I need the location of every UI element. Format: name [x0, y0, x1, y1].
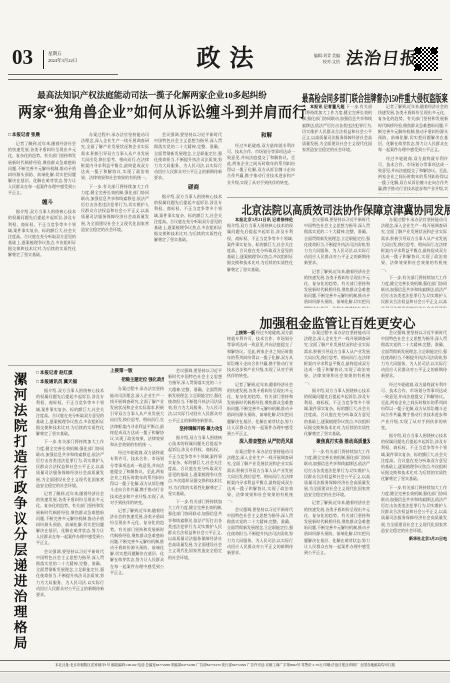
body-text: 下一步,有关部门将持续加大工作力度,健全完善长效机制,强化部门协同联动,加强信息…	[304, 449, 370, 499]
body-text: 记者了解到,近年来,随着经济社会的快速发展,各类矛盾纠纷呈现出多元化、复杂化的趋…	[304, 269, 370, 309]
procuratorate-column-1: 本报讯 记者董凡超 下一步,有关部门将持续加大工作力度,健全完善长效机制,强化部…	[302, 104, 372, 194]
rent-subhead-1: 深入排查整治 从严防范风险	[230, 439, 289, 447]
body-text: 据介绍,双方当事人围绕核心技术的权属问题先后提起多起诉讼,涉及专利权、商标权、不…	[36, 388, 104, 438]
body-text: 经过多轮磋商,双方最终就专利许可、技术合作、市场划分等事项达成一致意见,并向法庭…	[378, 156, 448, 195]
rent-continued-label: 上接第一版	[235, 330, 255, 335]
lead-article-column-3: 会议强调,要坚持以习近平新时代中国特色社会主义思想为指导,深入贯彻落实党的二十大…	[154, 132, 222, 362]
body-text: 会议强调,要坚持以习近平新时代中国特色社会主义思想为指导,深入贯彻落实党的二十大…	[381, 330, 447, 380]
header-rule	[8, 79, 442, 80]
bottom-mid-column-2: 会议强调,要坚持以习近平新时代中国特色社会主义思想为指导,深入贯彻落实党的二十大…	[168, 368, 222, 656]
section-title: 政法	[160, 46, 290, 72]
header-left-rule	[8, 74, 118, 75]
body-text: 会议强调,要坚持以习近平新时代中国特色社会主义思想为指导,深入贯彻落实党的二十大…	[227, 507, 293, 557]
body-text: 下一步,有关部门将持续加大工作力度,健全完善长效机制,强化部门协同联动,加强信息…	[381, 275, 447, 308]
body-text: 办案过程中,承办法官坚持能动司法理念,深入企业生产一线开展调查研究,全面了解产业…	[110, 386, 164, 448]
body-text: 记者了解到,近年来,随着经济社会的快速发展,各类矛盾纠纷呈现出多元化、复杂化的趋…	[36, 491, 104, 547]
lead-byline: □ 本报记者 张晨	[8, 132, 76, 139]
page-number: 03	[12, 47, 33, 68]
body-text: 据介绍,双方当事人围绕核心技术的权属问题先后提起多起诉讼,涉及专利权、商标权、不…	[8, 209, 76, 259]
body-text: 记者了解到,近年来,随着经济社会的快速发展,各类矛盾纠纷呈现出多元化、复杂化的趋…	[8, 141, 76, 197]
body-text: 经过多轮磋商,双方最终就专利许可、技术合作、市场划分等事项达成一致意见,并向法庭…	[110, 450, 164, 506]
rent-column-1: 上接第一版 经过多轮磋商,双方最终就专利许可、技术合作、市场划分等事项达成一致意…	[227, 330, 293, 656]
body-text: 记者了解到,近年来,随着经济社会的快速发展,各类矛盾纠纷呈现出多元化、复杂化的趋…	[304, 500, 370, 556]
qr-code-icon	[414, 47, 438, 71]
lead-article-column-1: □ 本报记者 张晨 记者了解到,近年来,随着经济社会的快速发展,各类矛盾纠纷呈现…	[8, 132, 76, 362]
lead-headline: 两家“独角兽企业”如何从诉讼缠斗到并肩而行	[18, 101, 286, 122]
body-text: 经过多轮磋商,双方最终就专利许可、技术合作、市场划分等事项达成一致意见,并向法庭…	[381, 382, 447, 432]
body-text: 据介绍,双方当事人围绕核心技术的权属问题先后提起多起诉讼,涉及专利权、商标权、不…	[304, 388, 370, 438]
editor-line-2: 校对:文怡	[288, 59, 340, 65]
footer-info: 本社社址:北京市朝阳区花家地甲1号 邮政编码:100102 电话:总编室8477…	[0, 663, 450, 668]
beijing-column-3: 办案过程中,承办法官坚持能动司法理念,深入企业生产一线开展调查研究,全面了解产业…	[381, 217, 447, 308]
body-text: 本报北京3月21日讯 记者徐伟伦 据介绍,双方当事人围绕核心技术的权属问题先后提…	[227, 217, 293, 273]
body-text: 据介绍,双方当事人围绕核心技术的权属问题先后提起多起诉讼,涉及专利权、商标权、不…	[168, 435, 222, 497]
lead-article-column-2: 办案过程中,承办法官坚持能动司法理念,深入企业生产一线开展调查研究,全面了解产业…	[81, 132, 149, 362]
lead-article-column-4: 和解 经过多轮磋商,双方最终就专利许可、技术合作、市场划分等事项达成一致意见,并…	[227, 132, 295, 196]
body-text: 下一步,有关部门将持续加大工作力度,健全完善长效机制,强化部门协同联动,加强信息…	[381, 485, 447, 535]
date-label: 2024年3月22日	[48, 58, 77, 65]
luohe-headline: 漯河法院打造行政争议分层递进治理格局	[8, 372, 30, 654]
lead-subhead-2: 磋商	[154, 184, 222, 193]
footer-top-rule	[0, 660, 450, 661]
body-text: 会议强调,要坚持以习近平新时代中国特色社会主义思想为指导,深入贯彻落实党的二十大…	[304, 217, 370, 267]
beijing-headline: 北京法院以高质效司法协作保障京津冀协同发展	[241, 202, 450, 218]
body-text: 本报讯 记者董凡超 下一步,有关部门将持续加大工作力度,健全完善长效机制,强化部…	[302, 104, 372, 154]
luohe-byline-2: □ 本报通讯员 冀天福	[36, 379, 104, 386]
beijing-article-rule	[227, 197, 448, 198]
body-text: 经过多轮磋商,双方最终就专利许可、技术合作、市场划分等事项达成一致意见,并向法庭…	[227, 143, 295, 186]
editor-info: 编辑:刘青 美编 校对:文怡	[288, 53, 340, 66]
lead-bottom-rule	[8, 365, 222, 366]
body-text: 办案过程中,承办法官坚持能动司法理念,深入企业生产一线开展调查研究,全面了解产业…	[227, 449, 293, 505]
body-text: 下一步,有关部门将持续加大工作力度,健全完善长效机制,强化部门协同联动,加强信息…	[36, 439, 104, 489]
footer-bottom-rule	[0, 671, 450, 672]
body-text: 下一步,有关部门将持续加大工作力度,健全完善长效机制,强化部门协同联动,加强信息…	[302, 104, 372, 152]
rent-column-3: 会议强调,要坚持以习近平新时代中国特色社会主义思想为指导,深入贯彻落实党的二十大…	[381, 330, 447, 656]
body-text: 下一步,有关部门将持续加大工作力度,健全完善长效机制,强化部门协同联动,加强信息…	[168, 499, 222, 561]
xinhua-credit: 新华社北京3月21日电	[381, 536, 447, 542]
body-text: 下一步,有关部门将持续加大工作力度,健全完善长效机制,强化部门协同联动,加强信息…	[81, 184, 149, 234]
bottom-mid-column-1: 上接第一版 把稳主题定位 强化政治引领 办案过程中,承办法官坚持能动司法理念,深…	[110, 368, 164, 656]
masthead-logo: 法治日报	[345, 50, 419, 67]
weekday-label: 星期五	[48, 51, 77, 58]
body-text: 会议强调,要坚持以习近平新时代中国特色社会主义思想为指导,深入贯彻落实党的二十大…	[154, 132, 222, 182]
bottom-mid-continued-label: 上接第一版	[110, 368, 164, 375]
newspaper-page: { "header": { "page_number": "03", "week…	[0, 0, 450, 683]
body-text: 会议强调,要坚持以习近平新时代中国特色社会主义思想为指导,深入贯彻落实党的二十大…	[36, 549, 104, 599]
rent-column-2: 办案过程中,承办法官坚持能动司法理念,深入企业生产一线开展调查研究,全面了解产业…	[304, 330, 370, 656]
beijing-column-1: 本报北京3月21日讯 记者徐伟伦 据介绍,双方当事人围绕核心技术的权属问题先后提…	[227, 217, 293, 308]
bottom-mid-subhead-1: 把稳主题定位 强化政治引领	[113, 377, 162, 384]
body-text: 据介绍,双方当事人围绕核心技术的权属问题先后提起多起诉讼,涉及专利权、商标权、不…	[154, 194, 222, 244]
luohe-column: □ 本报记者 赵红旗 □ 本报通讯员 冀天福 据介绍,双方当事人围绕核心技术的权…	[36, 370, 104, 656]
header-divider-bar	[43, 50, 44, 69]
lead-subhead-1: 缠斗	[8, 199, 76, 208]
lead-subhead-3: 和解	[227, 132, 295, 141]
procuratorate-column-2: 记者了解到,近年来,随着经济社会的快速发展,各类矛盾纠纷呈现出多元化、复杂化的趋…	[378, 104, 448, 194]
body-text: 记者了解到,近年来,随着经济社会的快速发展,各类矛盾纠纷呈现出多元化、复杂化的趋…	[110, 508, 164, 576]
body-text: 据介绍,双方当事人围绕核心技术的权属问题先后提起多起诉讼,涉及专利权、商标权、不…	[227, 223, 293, 271]
body-text: 办案过程中,承办法官坚持能动司法理念,深入企业生产一线开展调查研究,全面了解产业…	[381, 217, 447, 273]
body-text: 上接第一版 经过多轮磋商,双方最终就专利许可、技术合作、市场划分等事项达成一致意…	[227, 330, 293, 380]
body-text: 会议强调,要坚持以习近平新时代中国特色社会主义思想为指导,深入贯彻落实党的二十大…	[168, 368, 222, 424]
rent-subhead-2: 聚焦真打实备 推动高质量发展	[307, 439, 366, 447]
procuratorate-lede: 本报讯 记者董凡超	[310, 104, 345, 109]
luohe-byline-1: □ 本报记者 赵红旗	[36, 370, 104, 377]
bottom-mid-subhead-2: 坚持调解开路 聚力攻坚克难	[171, 426, 220, 433]
body-text: 办案过程中,承办法官坚持能动司法理念,深入企业生产一线开展调查研究,全面了解产业…	[81, 132, 149, 182]
beijing-column-2: 会议强调,要坚持以习近平新时代中国特色社会主义思想为指导,深入贯彻落实党的二十大…	[304, 217, 370, 308]
body-text: 据介绍,双方当事人围绕核心技术的权属问题先后提起多起诉讼,涉及专利权、商标权、不…	[381, 433, 447, 483]
procuratorate-headline: 最高检会同多部门联合挂牌督办150件重大侵权盗版案	[302, 90, 448, 105]
body-text: 记者了解到,近年来,随着经济社会的快速发展,各类矛盾纠纷呈现出多元化、复杂化的趋…	[227, 382, 293, 438]
beijing-lede: 本报北京3月21日讯 记者徐伟伦	[235, 217, 293, 222]
body-text: 经过多轮磋商,双方最终就专利许可、技术合作、市场划分等事项达成一致意见,并向法庭…	[227, 330, 293, 378]
date-block: 星期五 2024年3月22日	[48, 51, 77, 65]
body-text: 办案过程中,承办法官坚持能动司法理念,深入企业生产一线开展调查研究,全面了解产业…	[304, 330, 370, 386]
lead-kicker: 最高法知识产权法庭能动司法一揽子化解两家企业10多起纠纷	[8, 89, 296, 101]
body-text: 记者了解到,近年来,随着经济社会的快速发展,各类矛盾纠纷呈现出多元化、复杂化的趋…	[378, 104, 448, 154]
page-bottom-strip	[0, 673, 450, 683]
